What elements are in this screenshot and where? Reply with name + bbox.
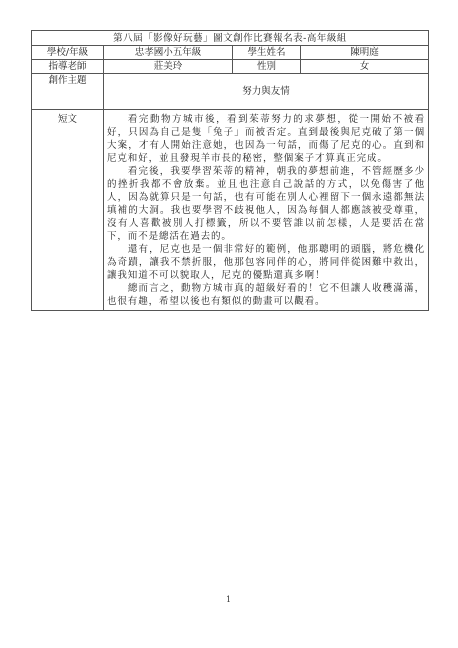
document-page: 第八屆「影像好玩藝」圖文創作比賽報名表-高年級組 學校/年級 忠孝國小五年級 學… xyxy=(0,0,458,648)
gender-label: 性別 xyxy=(233,60,301,74)
essay-label: 短文 xyxy=(32,110,104,311)
student-name-value: 陳明庭 xyxy=(301,46,429,60)
form-title: 第八屆「影像好玩藝」圖文創作比賽報名表-高年級組 xyxy=(32,31,429,46)
gender-value: 女 xyxy=(301,60,429,74)
theme-row: 創作主題 努力與友情 xyxy=(32,74,429,110)
essay-body: 看完動物方城市後，看到茱蒂努力的求夢想，從一開始不被看好，只因為自己是隻「兔子」… xyxy=(104,110,429,311)
registration-form-table: 第八屆「影像好玩藝」圖文創作比賽報名表-高年級組 學校/年級 忠孝國小五年級 學… xyxy=(31,30,429,311)
school-row: 學校/年級 忠孝國小五年級 學生姓名 陳明庭 xyxy=(32,46,429,60)
teacher-row: 指導老師 莊美玲 性別 女 xyxy=(32,60,429,74)
school-grade-label: 學校/年級 xyxy=(32,46,104,60)
school-grade-value: 忠孝國小五年級 xyxy=(104,46,233,60)
form-title-row: 第八屆「影像好玩藝」圖文創作比賽報名表-高年級組 xyxy=(32,31,429,46)
essay-paragraph-4: 總而言之，動物方城市真的超級好看的！它不但讓人收穫滿滿，也很有趣，希望以後也有類… xyxy=(107,282,425,308)
page-number: 1 xyxy=(226,595,231,604)
theme-label: 創作主題 xyxy=(32,74,104,110)
teacher-value: 莊美玲 xyxy=(104,60,233,74)
theme-value: 努力與友情 xyxy=(104,74,429,110)
teacher-label: 指導老師 xyxy=(32,60,104,74)
essay-paragraph-2: 看完後，我要學習茱蒂的精神，朝我的夢想前進，不管經歷多少的挫折我都不會放棄。並且… xyxy=(107,165,425,243)
essay-row: 短文 看完動物方城市後，看到茱蒂努力的求夢想，從一開始不被看好，只因為自己是隻「… xyxy=(32,110,429,311)
essay-paragraph-1: 看完動物方城市後，看到茱蒂努力的求夢想，從一開始不被看好，只因為自己是隻「兔子」… xyxy=(107,113,425,165)
essay-paragraph-3: 還有，尼克也是一個非常好的範例，他那聰明的頭腦，將危機化為奇蹟，讓我不禁折服，他… xyxy=(107,243,425,282)
student-name-label: 學生姓名 xyxy=(233,46,301,60)
